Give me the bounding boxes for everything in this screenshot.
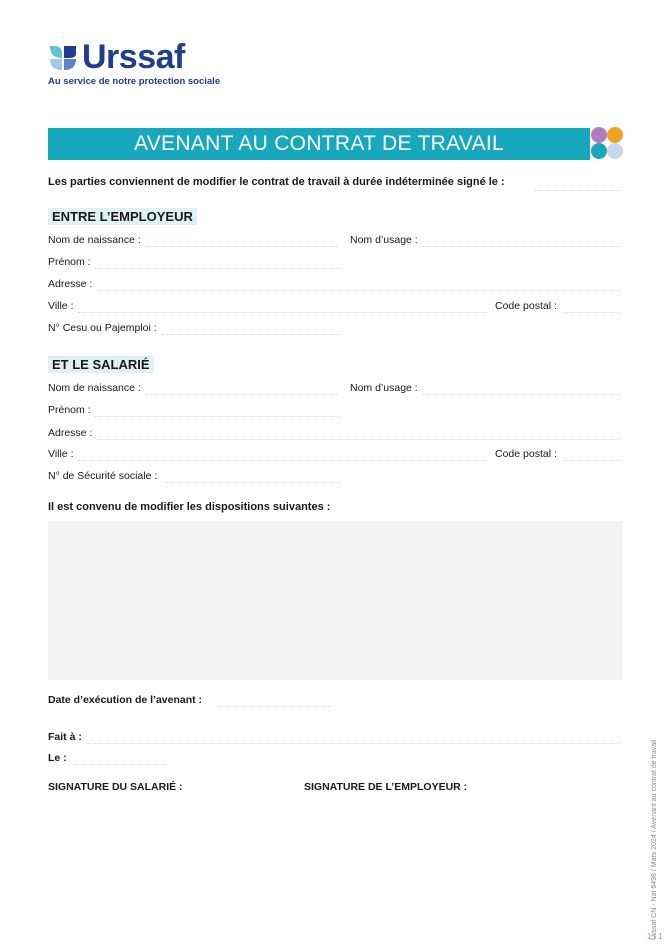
employer-usename-label: Nom d’usage :	[350, 234, 418, 246]
employee-firstname-field[interactable]	[95, 415, 340, 417]
intro-text: Les parties conviennent de modifier le c…	[48, 176, 505, 188]
section-employeur-title: ENTRE L’EMPLOYEUR	[48, 208, 197, 225]
employer-city-field[interactable]	[78, 311, 488, 313]
brand-name: Urssaf	[82, 38, 185, 76]
employee-postcode-field[interactable]	[563, 459, 620, 461]
execution-date-label: Date d’exécution de l’avenant :	[48, 694, 202, 706]
employer-postcode-label: Code postal :	[495, 300, 557, 312]
dispositions-textarea[interactable]	[48, 521, 623, 680]
employee-address-field[interactable]	[97, 438, 620, 440]
employer-birthname-field[interactable]	[145, 245, 337, 247]
employee-usename-label: Nom d’usage :	[350, 382, 418, 394]
page-indicator: 1 / 1	[647, 932, 663, 941]
date-label: Le :	[48, 752, 67, 764]
employee-secu-field[interactable]	[165, 481, 340, 483]
decor-dot-teal	[591, 143, 607, 159]
employer-birthname-label: Nom de naissance :	[48, 234, 141, 246]
section-salarie-title: ET LE SALARIÉ	[48, 356, 154, 373]
employee-city-field[interactable]	[78, 459, 488, 461]
decor-dot-orange	[607, 127, 623, 143]
employee-signature-label: SIGNATURE DU SALARIÉ :	[48, 781, 183, 793]
employer-city-label: Ville :	[48, 300, 74, 312]
place-field[interactable]	[88, 742, 620, 744]
employer-signature-label: SIGNATURE DE L’EMPLOYEUR :	[304, 781, 467, 793]
employee-secu-label: N° de Sécurité sociale :	[48, 470, 157, 482]
place-label: Fait à :	[48, 731, 82, 743]
dispositions-label: Il est convenu de modifier les dispositi…	[48, 501, 330, 513]
employer-address-label: Adresse :	[48, 278, 92, 290]
decor-dot-lightblue	[607, 143, 623, 159]
execution-date-field[interactable]	[216, 705, 331, 707]
employee-address-label: Adresse :	[48, 427, 92, 439]
contract-date-field[interactable]	[535, 189, 620, 191]
employee-usename-field[interactable]	[423, 393, 620, 395]
employer-cesu-field[interactable]	[162, 333, 340, 335]
document-title: AVENANT AU CONTRAT DE TRAVAIL	[48, 128, 590, 160]
date-field[interactable]	[72, 763, 167, 765]
employee-birthname-label: Nom de naissance :	[48, 382, 141, 394]
urssaf-leaf-icon	[48, 44, 78, 72]
employee-birthname-field[interactable]	[145, 393, 337, 395]
employer-firstname-label: Prénom :	[48, 256, 91, 268]
employer-address-field[interactable]	[97, 289, 620, 291]
employee-city-label: Ville :	[48, 448, 74, 460]
employer-firstname-field[interactable]	[95, 267, 340, 269]
brand-tagline: Au service de notre protection sociale	[48, 76, 220, 87]
document-reference: Urssaf CN - Nat 6498 / Mars 2024 / Avena…	[651, 740, 658, 940]
employer-usename-field[interactable]	[423, 245, 620, 247]
employer-postcode-field[interactable]	[563, 311, 620, 313]
employee-firstname-label: Prénom :	[48, 404, 91, 416]
employee-postcode-label: Code postal :	[495, 448, 557, 460]
employer-cesu-label: N° Cesu ou Pajemploi :	[48, 322, 157, 334]
decor-dot-purple	[591, 127, 607, 143]
